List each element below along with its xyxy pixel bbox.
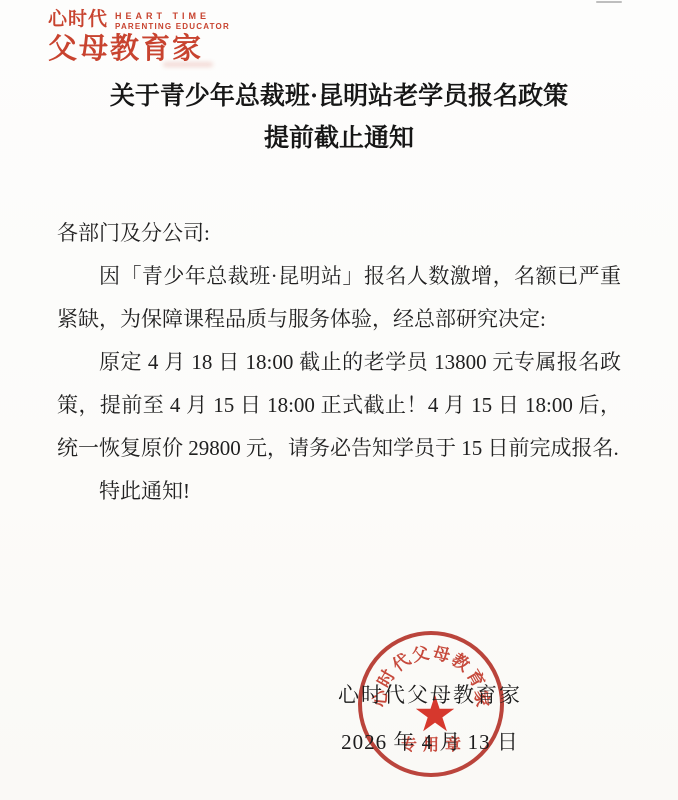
logo-ink-smudge xyxy=(163,62,213,67)
signature-block: 心时代父母教育家 2026 年 4 月 13 日 xyxy=(315,679,545,756)
logo-en-line2: PARENTING EDUCATOR xyxy=(115,23,230,31)
body-paragraph-2: 因「青少年总裁班·昆明站」报名人数激增，名额已严重紧缺，为保障课程品质与服务体验… xyxy=(57,255,621,341)
notice-title-line1: 关于青少年总裁班·昆明站老学员报名政策 xyxy=(0,76,678,118)
scan-artifact xyxy=(596,1,622,3)
logo-cn-small: 心时代 xyxy=(48,10,108,29)
signature-date: 2026 年 4 月 13 日 xyxy=(315,726,545,756)
notice-body: 各部门及分公司:因「青少年总裁班·昆明站」报名人数激增，名额已严重紧缺，为保障课… xyxy=(57,212,621,513)
notice-title: 关于青少年总裁班·昆明站老学员报名政策 提前截止通知 xyxy=(0,76,678,160)
notice-title-line2: 提前截止通知 xyxy=(0,118,678,160)
company-logo: 心时代 HEART TIME PARENTING EDUCATOR 父母教育家 xyxy=(48,10,230,64)
logo-en-line1: HEART TIME xyxy=(115,12,230,21)
notice-document: 心时代 HEART TIME PARENTING EDUCATOR 父母教育家 … xyxy=(0,0,678,800)
body-paragraph-3: 原定 4 月 18 日 18:00 截止的老学员 13800 元专属报名政策，提… xyxy=(57,341,621,470)
seal-arc-char: 父 xyxy=(410,643,431,665)
body-paragraph-1: 各部门及分公司: xyxy=(57,212,621,255)
signature-company: 心时代父母教育家 xyxy=(315,679,545,709)
body-paragraph-4: 特此通知! xyxy=(57,470,621,513)
logo-cn-large: 父母教育家 xyxy=(48,35,230,64)
